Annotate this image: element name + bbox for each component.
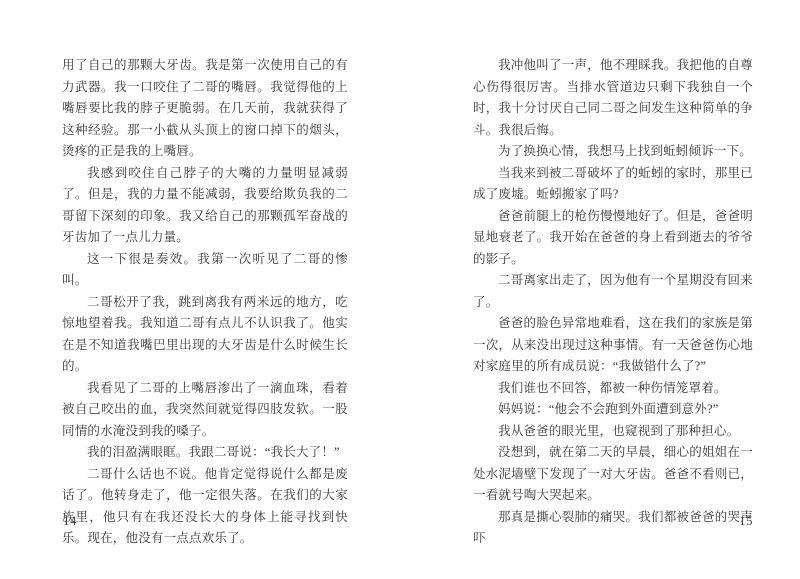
page-number-right: 15 xyxy=(473,513,753,529)
page-left: 用了自己的那颗大牙齿。我是第一次使用自己的有力武器。我一口咬住了二哥的嘴唇。我觉… xyxy=(0,0,400,579)
paragraph: 二哥离家出走了，因为他有一个星期没有回来了。 xyxy=(473,270,753,313)
page-left-text-block: 用了自己的那颗大牙齿。我是第一次使用自己的有力武器。我一口咬住了二哥的嘴唇。我觉… xyxy=(62,55,348,550)
paragraph: 我看见了二哥的上嘴唇渗出了一滴血珠，看着被自己咬出的血，我突然间就觉得四肢发软。… xyxy=(62,378,348,443)
paragraph: 没想到，就在第二天的早晨，细心的姐姐在一处水泥墙壁下发现了一对大牙齿。爸爸不看则… xyxy=(473,442,753,507)
paragraph-continuation: 用了自己的那颗大牙齿。我是第一次使用自己的有力武器。我一口咬住了二哥的嘴唇。我觉… xyxy=(62,55,348,163)
paragraph: 我感到咬住自己脖子的大嘴的力量明显减弱了。但是，我的力量不能减弱，我要给欺负我的… xyxy=(62,163,348,249)
paragraph: 爸爸前腿上的枪伤慢慢地好了。但是，爸爸明显地衰老了。我开始在爸爸的身上看到逝去的… xyxy=(473,206,753,271)
paragraph: 当我来到被二哥破坏了的蚯蚓的家时，那里已成了废墟。蚯蚓搬家了吗? xyxy=(473,163,753,206)
page-right-paragraphs: 我冲他叫了一声，他不理睬我。我把他的自尊心伤得很厉害。当排水管道边只剩下我独自一… xyxy=(473,55,753,550)
paragraph: 我冲他叫了一声，他不理睬我。我把他的自尊心伤得很厉害。当排水管道边只剩下我独自一… xyxy=(473,55,753,141)
page-right-text-block: 我冲他叫了一声，他不理睬我。我把他的自尊心伤得很厉害。当排水管道边只剩下我独自一… xyxy=(473,55,753,550)
paragraph: 我的泪盈满眼眶。我跟二哥说：“我长大了！” xyxy=(62,442,348,464)
paragraph: 为了换换心情，我想马上找到蚯蚓倾诉一下。 xyxy=(473,141,753,163)
book-spread: 用了自己的那颗大牙齿。我是第一次使用自己的有力武器。我一口咬住了二哥的嘴唇。我觉… xyxy=(0,0,800,579)
page-left-paragraphs: 我感到咬住自己脖子的大嘴的力量明显减弱了。但是，我的力量不能减弱，我要给欺负我的… xyxy=(62,163,348,550)
paragraph: 我从爸爸的眼光里，也窥视到了那种担心。 xyxy=(473,421,753,443)
paragraph: 妈妈说：“他会不会跑到外面遭到意外?” xyxy=(473,399,753,421)
paragraph: 二哥什么话也不说。他肯定觉得说什么都是废话了。他转身走了，他一定很失落。在我们的… xyxy=(62,464,348,550)
paragraph: 爸爸的脸色异常地难看，这在我们的家族是第一次，从来没出现过这种事情。有一天爸爸伤… xyxy=(473,313,753,378)
page-right: 我冲他叫了一声，他不理睬我。我把他的自尊心伤得很厉害。当排水管道边只剩下我独自一… xyxy=(400,0,800,579)
paragraph: 二哥松开了我，跳到离我有两米远的地方，吃惊地望着我。我知道二哥有点儿不认识我了。… xyxy=(62,292,348,378)
page-number-left: 14 xyxy=(63,513,77,529)
paragraph: 我们谁也不回答，都被一种伤情笼罩着。 xyxy=(473,378,753,400)
paragraph: 这一下很是奏效。我第一次听见了二哥的惨叫。 xyxy=(62,249,348,292)
